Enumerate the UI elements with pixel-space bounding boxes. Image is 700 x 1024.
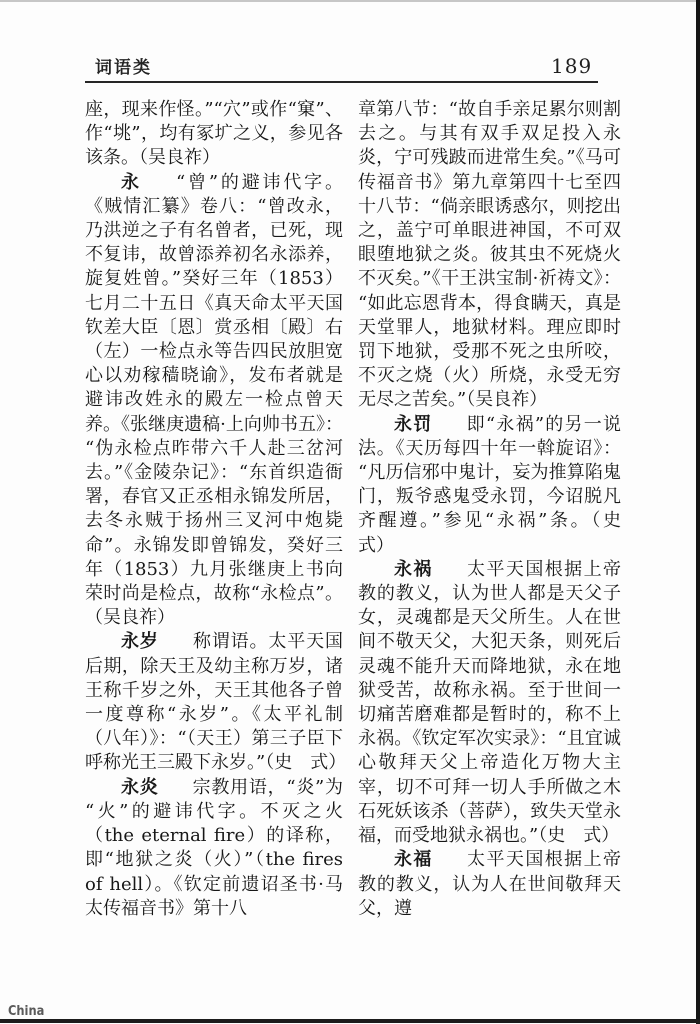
entry-definition: 称谓语。太平天国后期，除天王及幼主称万岁，诸王称千岁之外，天王其他各子曾一度尊称… xyxy=(85,631,346,773)
entry-headword: 永岁 xyxy=(121,631,159,652)
text-column-left: 座，现来作怪。”“穴”或作“窠”、作“垗”，均有冢圹之义，参见各该条。（吴良祚）… xyxy=(85,98,343,921)
text-column-right: 章第八节：“故自手亲足累尔则割去之。与其有双手双足投入永炎，宁可残跛而进常生矣。… xyxy=(358,98,621,921)
china-watermark: China xyxy=(8,1004,44,1019)
paragraph-text: 座，现来作怪。”“穴”或作“窠”、作“垗”，均有冢圹之义，参见各该条。（吴良祚） xyxy=(85,99,343,168)
scanned-dictionary-page: 词语类 189 座，现来作怪。”“穴”或作“窠”、作“垗”，均有冢圹之义，参见各… xyxy=(0,0,700,1024)
entry-yong: 永“曾”的避讳代字。《贼情汇纂》卷八：“曾改永，乃洪逆之子有名曾者，已死，现不复… xyxy=(85,171,343,631)
entry-yongfa: 永罚即“永祸”的另一说法。《天历每四十年一斡旋诏》：“凡历信邪中鬼计，妄为推算陷… xyxy=(358,413,621,558)
header-rule xyxy=(85,81,598,83)
running-header-section-title: 词语类 xyxy=(95,53,152,78)
entry-yongfu: 永福太平天国根据上帝教的教义，认为人在世间敬拜天父，遵 xyxy=(358,848,621,921)
scan-edge-top xyxy=(0,0,700,2)
entry-yongyan: 永炎宗教用语，“炎”为“火”的避讳代字。不灭之火（the eternal fir… xyxy=(85,776,343,921)
entry-yongsui: 永岁称谓语。太平天国后期，除天王及幼主称万岁，诸王称千岁之外，天王其他各子曾一度… xyxy=(85,630,343,775)
entry-headword: 永 xyxy=(121,172,142,193)
entry-definition: “曾”的避讳代字。《贼情汇纂》卷八：“曾改永，乃洪逆之子有名曾者，已死，现不复讳… xyxy=(85,172,343,629)
entry-definition: 太平天国根据上帝教的教义，认为世人都是天父子女，灵魂都是天父所生。人在世间不敬天… xyxy=(358,559,621,846)
paragraph-continuation: 座，现来作怪。”“穴”或作“窠”、作“垗”，均有冢圹之义，参见各该条。（吴良祚） xyxy=(85,98,343,171)
entry-yonghuo: 永祸太平天国根据上帝教的教义，认为世人都是天父子女，灵魂都是天父所生。人在世间不… xyxy=(358,558,621,848)
paragraph-continuation: 章第八节：“故自手亲足累尔则割去之。与其有双手双足投入永炎，宁可残跛而进常生矣。… xyxy=(358,98,621,413)
entry-headword: 永炎 xyxy=(121,777,158,798)
scan-edge-right xyxy=(696,0,700,1024)
paragraph-text: 章第八节：“故自手亲足累尔则割去之。与其有双手双足投入永炎，宁可残跛而进常生矣。… xyxy=(358,99,621,410)
entry-headword: 永罚 xyxy=(394,414,432,435)
page-number: 189 xyxy=(551,54,592,78)
entry-headword: 永祸 xyxy=(394,559,433,580)
entry-headword: 永福 xyxy=(394,849,433,870)
scan-edge-bottom xyxy=(0,1019,700,1023)
